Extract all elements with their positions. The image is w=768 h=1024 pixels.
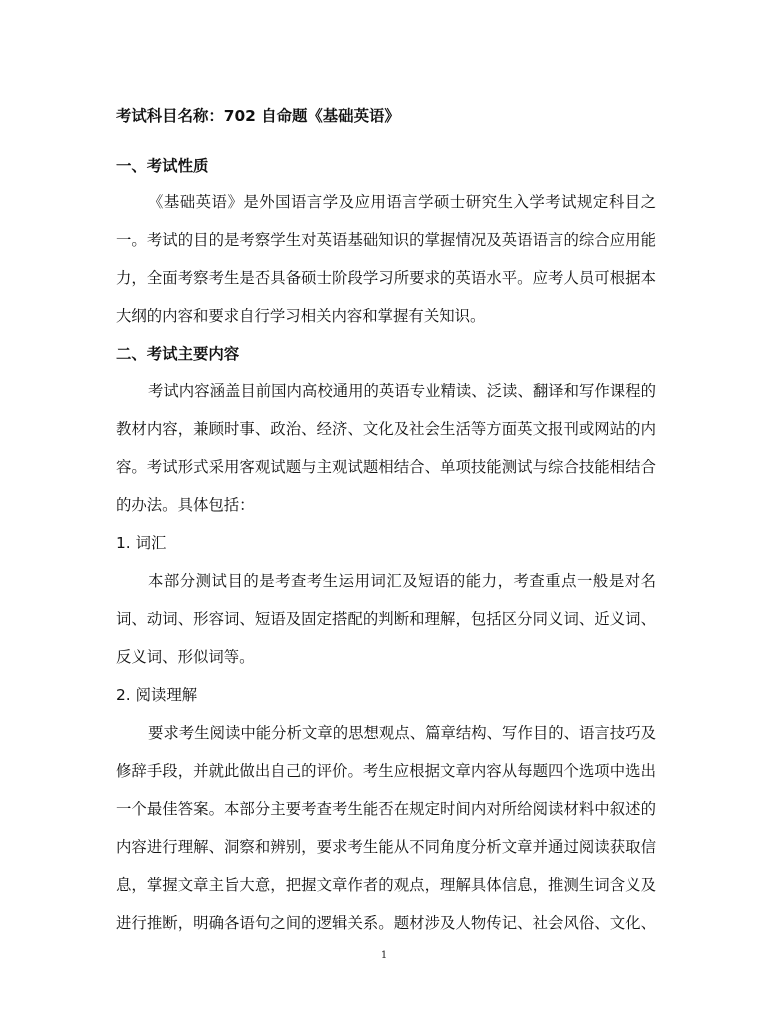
paragraph-line: 教材内容，兼顾时事、政治、经济、文化及社会生活等方面英文报刊或网站的内 (116, 419, 656, 439)
item-heading-vocabulary: 1. 词汇 (116, 533, 656, 553)
document-title: 考试科目名称：702 自命题《基础英语》 (116, 106, 656, 126)
item-heading-reading: 2. 阅读理解 (116, 685, 656, 705)
paragraph-line: 内容进行理解、洞察和辨别，要求考生能从不同角度分析文章并通过阅读获取信 (116, 837, 656, 857)
paragraph-line: 容。考试形式采用客观试题与主观试题相结合、单项技能测试与综合技能相结合 (116, 457, 656, 477)
paragraph-line: 词、动词、形容词、短语及固定搭配的判断和理解，包括区分同义词、近义词、 (116, 609, 656, 629)
paragraph-line: 的办法。具体包括： (116, 495, 656, 515)
paragraph-line: 《基础英语》是外国语言学及应用语言学硕士研究生入学考试规定科目之 (148, 192, 656, 212)
paragraph-line: 力，全面考察考生是否具备硕士阶段学习所要求的英语水平。应考人员可根据本 (116, 268, 656, 288)
paragraph-line: 本部分测试目的是考查考生运用词汇及短语的能力，考查重点一般是对名 (148, 571, 656, 591)
page-number: 1 (0, 950, 768, 961)
paragraph-line: 进行推断，明确各语句之间的逻辑关系。题材涉及人物传记、社会风俗、文化、 (116, 913, 656, 933)
paragraph-line: 一个最佳答案。本部分主要考查考生能否在规定时间内对所给阅读材料中叙述的 (116, 799, 656, 819)
paragraph-line: 反义词、形似词等。 (116, 647, 656, 667)
paragraph-line: 修辞手段，并就此做出自己的评价。考生应根据文章内容从每题四个选项中选出 (116, 761, 656, 781)
paragraph-line: 要求考生阅读中能分析文章的思想观点、篇章结构、写作目的、语言技巧及 (148, 723, 656, 743)
paragraph-line: 息，掌握文章主旨大意，把握文章作者的观点，理解具体信息，推测生词含义及 (116, 875, 656, 895)
paragraph-line: 一。考试的目的是考察学生对英语基础知识的掌握情况及英语语言的综合应用能 (116, 230, 656, 250)
section-heading-nature: 一、考试性质 (116, 156, 656, 176)
section-heading-content: 二、考试主要内容 (116, 344, 656, 364)
paragraph-line: 大纲的内容和要求自行学习相关内容和掌握有关知识。 (116, 306, 656, 326)
paragraph-line: 考试内容涵盖目前国内高校通用的英语专业精读、泛读、翻译和写作课程的 (148, 381, 656, 401)
document-page: 考试科目名称：702 自命题《基础英语》 一、考试性质 《基础英语》是外国语言学… (0, 0, 768, 1024)
